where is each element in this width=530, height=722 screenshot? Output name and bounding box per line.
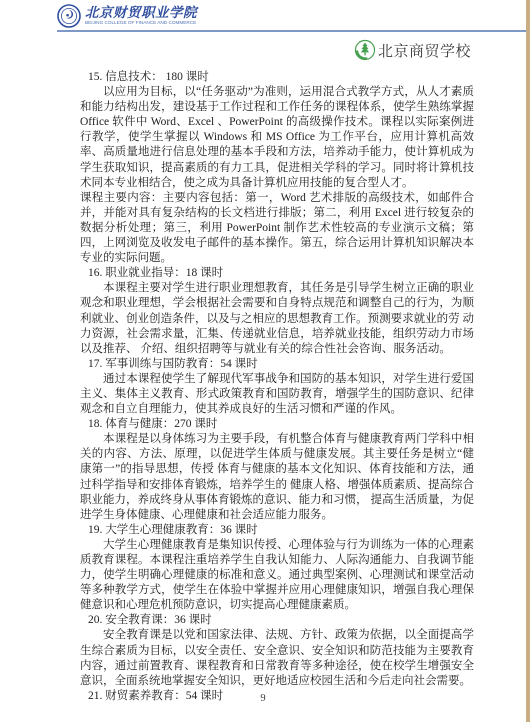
college-name-en: BEIJING COLLEGE OF FINANCE AND COMMERCE <box>85 21 196 26</box>
document-body: 15. 信息技术： 180 课时 以应用为目标，以“任务驱动”为准则，运用混合式… <box>80 70 474 704</box>
section-heading: 16. 职业就业指导：18 课时 <box>88 266 474 281</box>
section-paragraph: 通过本课程使学生了解现代军事战争和国防的基本知识，对学生进行爱国主义、集体主义教… <box>80 372 474 417</box>
section-paragraph: 安全教育课是以党和国家法律、法规、方针、政策为依据，以全面提高学生综合素质为目标… <box>80 628 474 688</box>
section-15-information-technology: 15. 信息技术： 180 课时 以应用为目标，以“任务驱动”为准则，运用混合式… <box>80 70 474 266</box>
college-brand: 北京财贸职业学院 BEIJING COLLEGE OF FINANCE AND … <box>57 4 228 28</box>
section-heading: 19. 大学生心理健康教育：36 课时 <box>88 523 474 538</box>
section-heading: 17. 军事训练与国防教育：54 课时 <box>88 357 474 372</box>
section-17-military-training: 17. 军事训练与国防教育：54 课时 通过本课程使学生了解现代军事战争和国防的… <box>80 357 474 417</box>
section-paragraph: 以应用为目标，以“任务驱动”为准则，运用混合式教学方式，从人才素质和能力结构出发… <box>80 85 474 191</box>
section-16-career-guidance: 16. 职业就业指导：18 课时 本课程主要对学生进行职业理想教育，其任务是引导… <box>80 266 474 357</box>
college-name-cn: 北京财贸职业学院 <box>85 4 228 21</box>
document-page: 北京财贸职业学院 BEIJING COLLEGE OF FINANCE AND … <box>0 0 530 722</box>
school-brand: 北京商贸学校 <box>354 39 471 61</box>
school-tree-icon <box>354 39 376 61</box>
section-18-physical-education: 18. 体育与健康：270 课时 本课程是以身体练习为主要手段，有机整合体育与健… <box>80 417 474 523</box>
school-name: 北京商贸学校 <box>378 40 471 61</box>
section-paragraph: 课程主要内容：主要内容包括：第一，Word 艺术排版的高级技术，如邮件合并，并能… <box>80 191 474 266</box>
section-paragraph: 大学生心理健康教育是集知识传授、心理体验与行为训练为一体的心理素质教育课程。本课… <box>80 538 474 613</box>
page-footer: 9 <box>0 688 526 706</box>
section-19-mental-health: 19. 大学生心理健康教育：36 课时 大学生心理健康教育是集知识传授、心理体验… <box>80 523 474 614</box>
section-20-safety-education: 20. 安全教育课：36 课时 安全教育课是以党和国家法律、法规、方针、政策为依… <box>80 613 474 688</box>
page-edge-stripe <box>526 0 530 722</box>
section-heading: 15. 信息技术： 180 课时 <box>88 70 474 85</box>
page-number: 9 <box>260 693 265 704</box>
college-names: 北京财贸职业学院 BEIJING COLLEGE OF FINANCE AND … <box>85 4 228 28</box>
section-heading: 20. 安全教育课：36 课时 <box>88 613 474 628</box>
header-rule <box>57 30 526 32</box>
section-paragraph: 本课程主要对学生进行职业理想教育，其任务是引导学生树立正确的职业观念和职业理想，… <box>80 281 474 356</box>
section-paragraph: 本课程是以身体练习为主要手段，有机整合体育与健康教育两门学科中相关的内容、方法、… <box>80 432 474 523</box>
section-heading: 18. 体育与健康：270 课时 <box>88 417 474 432</box>
college-emblem-icon <box>57 4 81 28</box>
